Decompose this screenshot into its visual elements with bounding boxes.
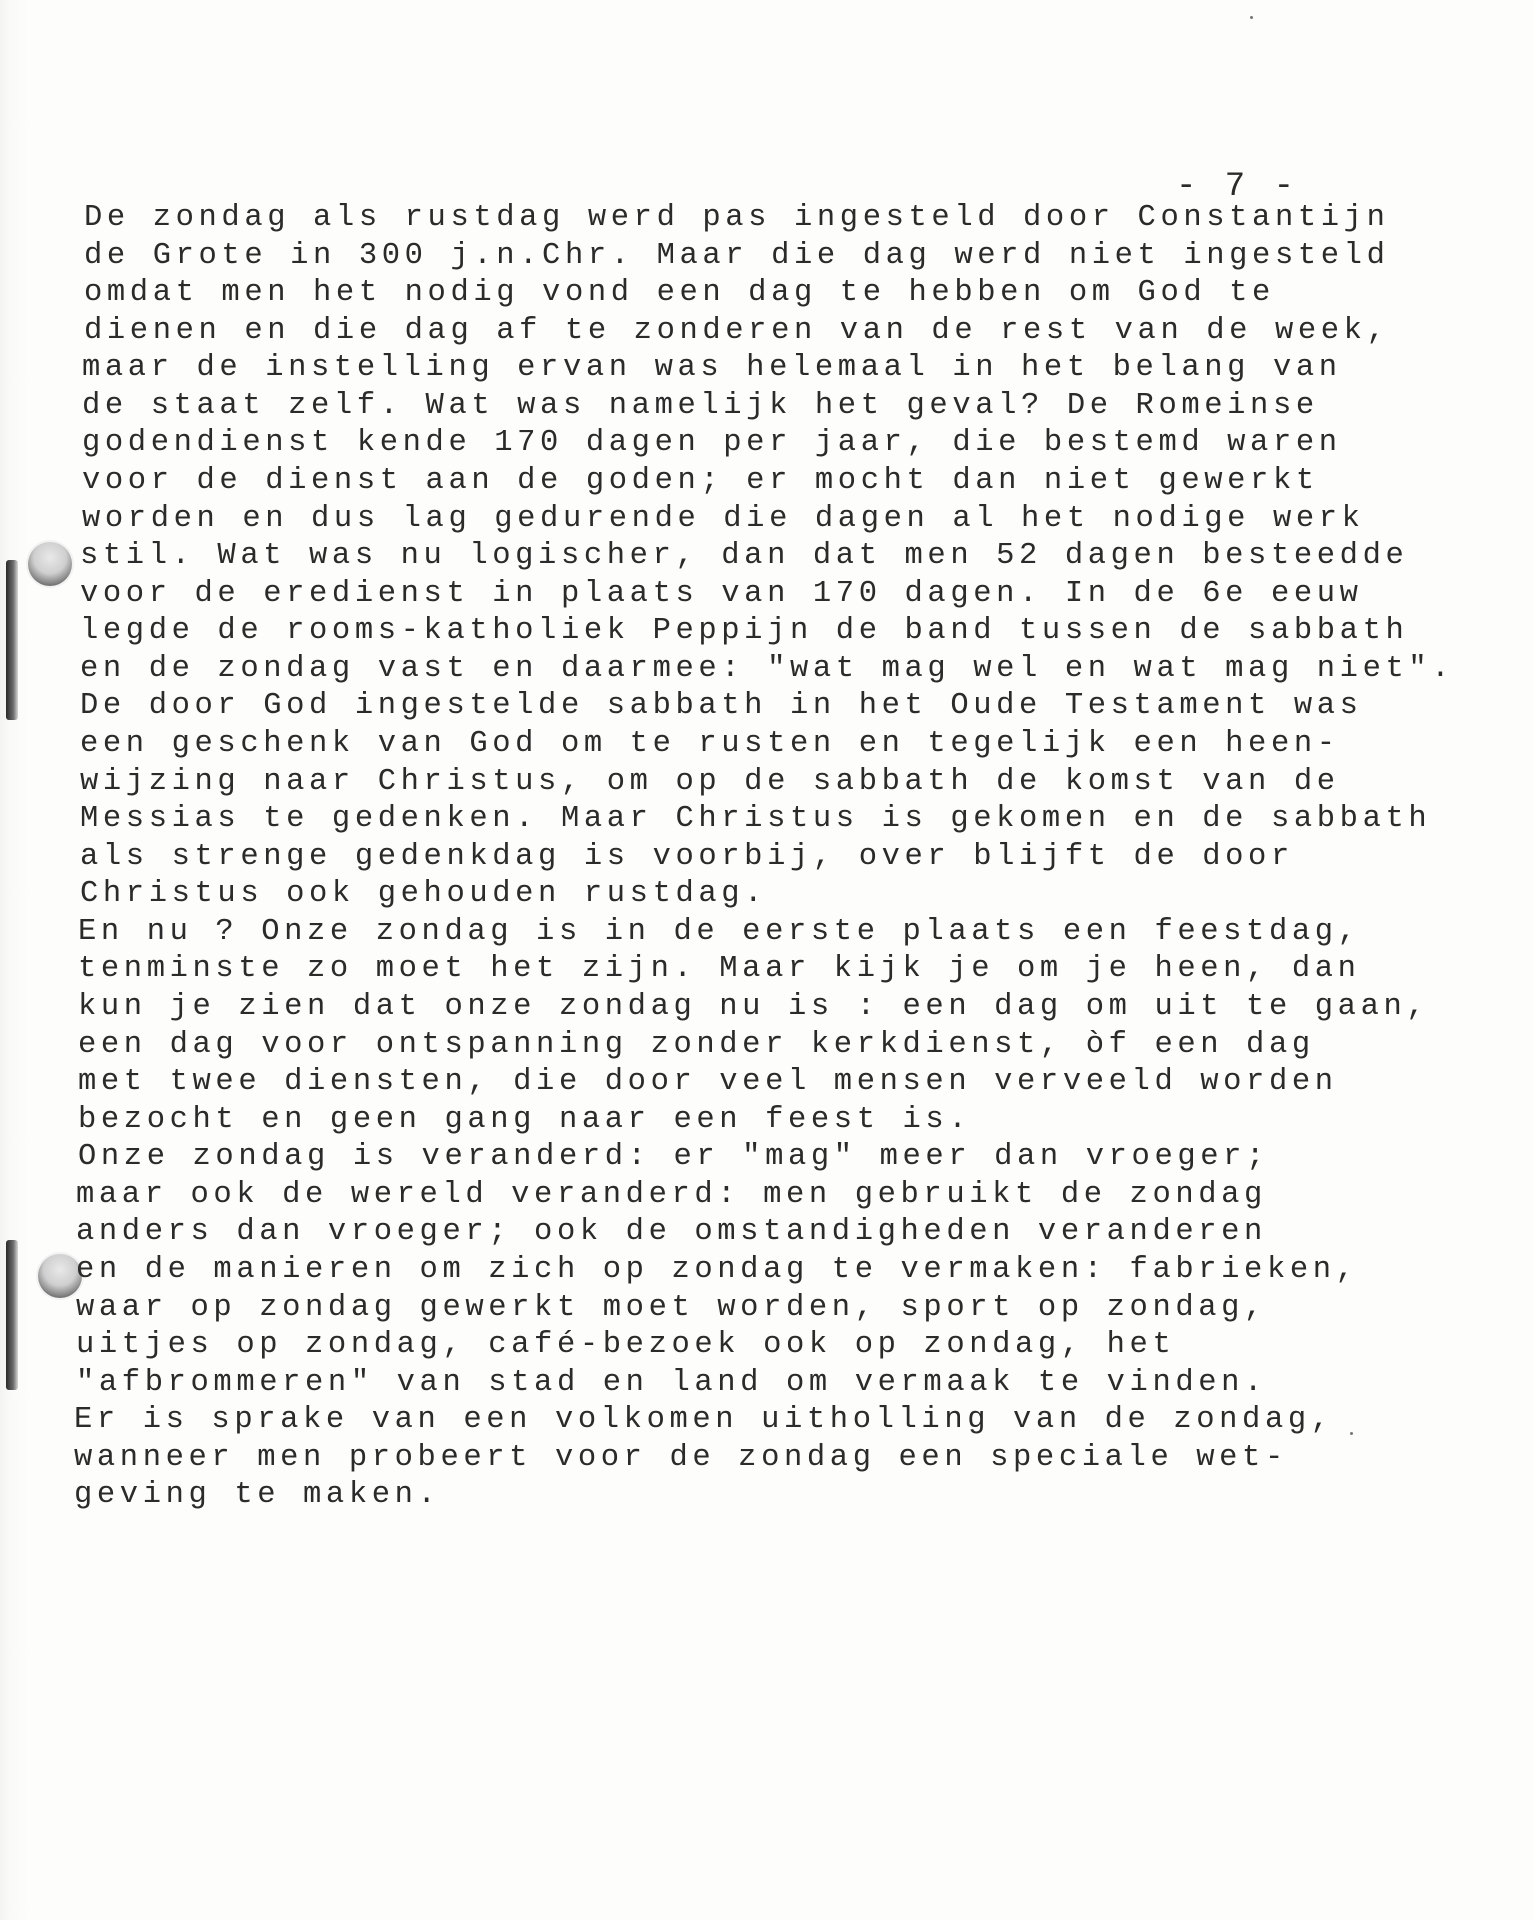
text-line: voor de eredienst in plaats van 170 dage… — [80, 578, 1363, 610]
text-line: legde de rooms-katholiek Peppijn de band… — [80, 615, 1408, 647]
text-line: uitjes op zondag, café-bezoek ook op zon… — [76, 1329, 1175, 1361]
text-line: godendienst kende 170 dagen per jaar, di… — [82, 427, 1342, 459]
text-line: voor de dienst aan de goden; er mocht da… — [82, 465, 1319, 497]
text-line: Christus ook gehouden rustdag. — [80, 878, 767, 910]
text-line: waar op zondag gewerkt moet worden, spor… — [76, 1292, 1267, 1324]
text-line: de Grote in 300 j.n.Chr. Maar die dag we… — [84, 240, 1389, 272]
text-line: worden en dus lag gedurende die dagen al… — [82, 503, 1365, 535]
text-line: omdat men het nodig vond een dag te hebb… — [84, 277, 1275, 309]
text-line: met twee diensten, die door veel mensen … — [78, 1066, 1338, 1098]
text-line: de staat zelf. Wat was namelijk het geva… — [82, 390, 1319, 422]
text-line: bezocht en geen gang naar een feest is. — [78, 1104, 971, 1136]
text-line: en de zondag vast en daarmee: "wat mag w… — [80, 653, 1454, 685]
text-line: wanneer men probeert voor de zondag een … — [74, 1442, 1288, 1474]
text-line: En nu ? Onze zondag is in de eerste plaa… — [78, 916, 1361, 948]
text-line: "afbrommeren" van stad en land om vermaa… — [76, 1367, 1267, 1399]
text-line: maar de instelling ervan was helemaal in… — [82, 352, 1342, 384]
text-line: stil. Wat was nu logischer, dan dat men … — [80, 540, 1408, 572]
text-line: maar ook de wereld veranderd: men gebrui… — [76, 1179, 1267, 1211]
text-line: geving te maken. — [74, 1479, 440, 1511]
text-line: Messias te gedenken. Maar Christus is ge… — [80, 803, 1431, 835]
body-text: De zondag als rustdag werd pas ingesteld… — [0, 0, 1534, 1920]
text-line: Er is sprake van een volkomen uitholling… — [74, 1404, 1334, 1436]
text-line: een geschenk van God om te rusten en teg… — [80, 728, 1340, 760]
text-line: als strenge gedenkdag is voorbij, over b… — [80, 841, 1294, 873]
text-line: tenminste zo moet het zijn. Maar kijk je… — [78, 953, 1361, 985]
text-line: De door God ingestelde sabbath in het Ou… — [80, 690, 1363, 722]
text-line: Onze zondag is veranderd: er "mag" meer … — [78, 1141, 1269, 1173]
text-line: anders dan vroeger; ook de omstandighede… — [76, 1216, 1267, 1248]
text-line: een dag voor ontspanning zonder kerkdien… — [78, 1029, 1315, 1061]
text-line: kun je zien dat onze zondag nu is : een … — [78, 991, 1429, 1023]
text-line: wijzing naar Christus, om op de sabbath … — [80, 766, 1340, 798]
scanned-page: - 7 - De zondag als rustdag werd pas ing… — [0, 0, 1534, 1920]
text-line: De zondag als rustdag werd pas ingesteld… — [84, 202, 1389, 234]
text-line: en de manieren om zich op zondag te verm… — [76, 1254, 1359, 1286]
text-line: dienen en die dag af te zonderen van de … — [84, 315, 1389, 347]
